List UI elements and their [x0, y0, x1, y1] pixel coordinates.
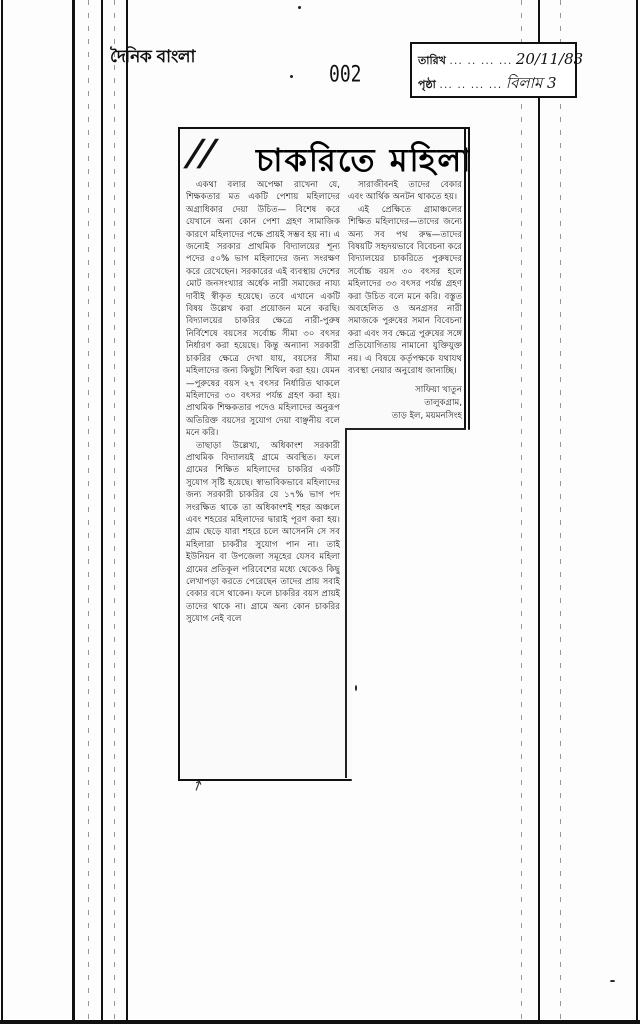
article-paragraph: একথা বলার অপেক্ষা রাখেনা যে, শিক্ষকতার ম…	[186, 179, 340, 440]
author-name: সাফিয়া খাতুন	[348, 384, 462, 397]
page-bottom-edge	[0, 1020, 640, 1024]
binding-line	[72, 0, 75, 1024]
newspaper-name: দৈনিক বাংলা	[110, 44, 195, 72]
author-address-line: তালুকগ্রাম,	[348, 397, 462, 410]
binding-line	[126, 0, 128, 1024]
page-edge-line	[636, 0, 638, 1024]
stamp-date-row: তারিখ ... .. ... ... 20/11/83	[418, 50, 569, 71]
stamp-date-value: 20/11/83	[516, 50, 583, 68]
binding-line	[538, 0, 540, 1024]
article-left-column: একথা বলার অপেক্ষা রাখেনা যে, শিক্ষকতার ম…	[186, 179, 340, 771]
scan-speck	[290, 75, 293, 78]
author-address-line: তাড় ইল, ময়মনসিংহ	[348, 410, 462, 423]
stamp-page-value: বিলাম 3	[506, 74, 557, 92]
clipping-border	[464, 127, 466, 429]
article-right-column: সারাজীবনই তাদের বেকার এবং আর্থিক অনটন থা…	[348, 179, 462, 425]
page-code: 002	[329, 61, 362, 87]
binding-dotted-line	[114, 0, 115, 1024]
article-paragraph: সারাজীবনই তাদের বেকার এবং আর্থিক অনটন থা…	[348, 179, 462, 204]
page-edge-line	[1, 0, 3, 1024]
clipping-border	[347, 428, 466, 430]
stamp-date-label: তারিখ	[418, 54, 446, 67]
article-paragraph: এই প্রেক্ষিতে গ্রামাঞ্চলের শিক্ষিত মহিলা…	[348, 204, 462, 378]
binding-line	[101, 0, 103, 1024]
scanned-page: দৈনিক বাংলা 002 তারিখ ... .. ... ... 20/…	[0, 0, 640, 1024]
scan-speck	[355, 685, 357, 691]
article-paragraph: তাছাড়া উল্লেখ্য, অধিকাংশ সরকারী প্রাথমি…	[186, 440, 340, 626]
stamp-page-label: পৃষ্ঠা	[418, 78, 436, 91]
stamp-page-row: পৃষ্ঠা ... .. ... ... বিলাম 3	[418, 72, 569, 97]
archive-stamp: তারিখ ... .. ... ... 20/11/83 পৃষ্ঠা ...…	[410, 42, 577, 98]
stamp-dots: ... .. ... ...	[449, 54, 512, 67]
binding-dotted-line	[560, 0, 561, 1024]
scan-speck	[610, 980, 615, 982]
author-signature: সাফিয়া খাতুন তালুকগ্রাম, তাড় ইল, ময়মন…	[348, 384, 462, 423]
clipping-border	[345, 428, 347, 778]
scan-speck	[298, 6, 301, 9]
headline-bar: // চাকরিতে মহিলা	[180, 129, 468, 177]
stamp-dots: ... .. ... ...	[439, 78, 502, 91]
double-slash-icon: //	[181, 133, 221, 174]
newspaper-clipping: // চাকরিতে মহিলা একথা বলার অপেক্ষা রাখেন…	[178, 127, 470, 781]
binding-dotted-line	[521, 0, 522, 1024]
binding-dotted-line	[88, 0, 89, 1024]
